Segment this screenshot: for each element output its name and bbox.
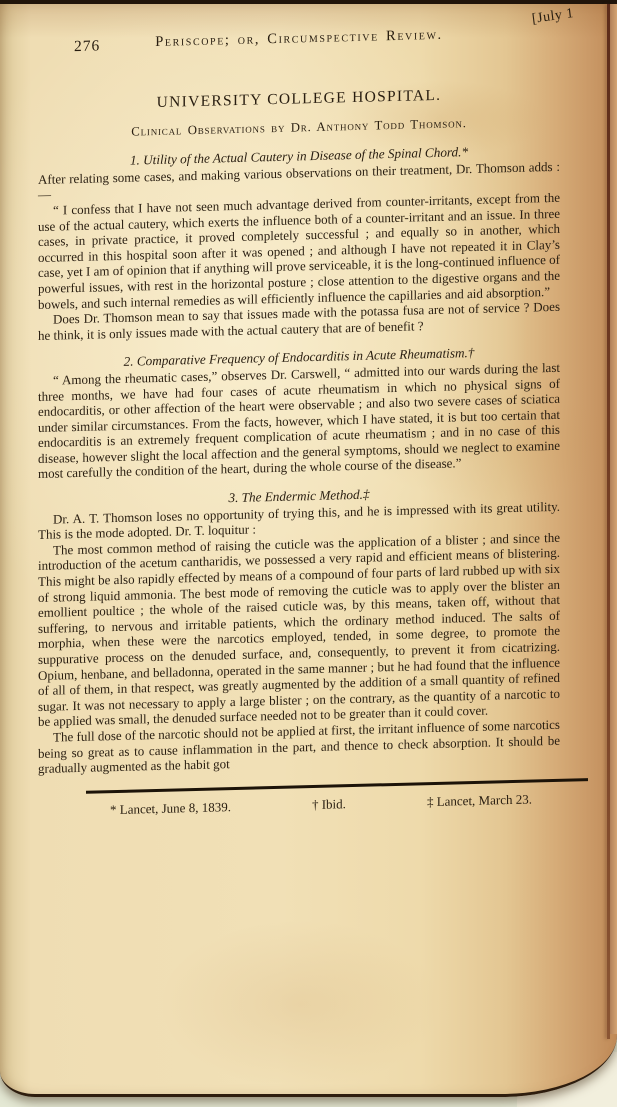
date-header: [July 1 [531, 6, 575, 28]
paragraph: “ Among the rheumatic cases,” observes D… [38, 360, 560, 482]
paragraph: The most common method of raising the cu… [38, 530, 560, 730]
article-byline: Clinical Observations by Dr. Anthony Tod… [38, 113, 560, 142]
section-1: 1. Utility of the Actual Cautery in Dise… [38, 142, 560, 343]
footnote-double-dagger: ‡ Lancet, March 23. [427, 791, 532, 809]
running-title: Periscope; or, Circumspective Review. [38, 25, 560, 54]
footnote-dagger: † Ibid. [312, 796, 346, 812]
paragraph: “ I confess that I have not seen much ad… [38, 190, 560, 312]
scanned-page: 276 Periscope; or, Circumspective Review… [0, 0, 617, 1107]
footnotes: * Lancet, June 8, 1839. † Ibid. ‡ Lancet… [110, 791, 532, 817]
running-head: 276 Periscope; or, Circumspective Review… [38, 23, 560, 58]
article-title: UNIVERSITY COLLEGE HOSPITAL. [38, 85, 560, 114]
section-3: 3. The Endermic Method.‡ Dr. A. T. Thoms… [38, 482, 560, 777]
footnote-asterisk: * Lancet, June 8, 1839. [110, 799, 231, 818]
book-page: 276 Periscope; or, Circumspective Review… [0, 0, 617, 1097]
page-content: 276 Periscope; or, Circumspective Review… [38, 17, 560, 820]
section-2: 2. Comparative Frequency of Endocarditis… [38, 343, 560, 482]
